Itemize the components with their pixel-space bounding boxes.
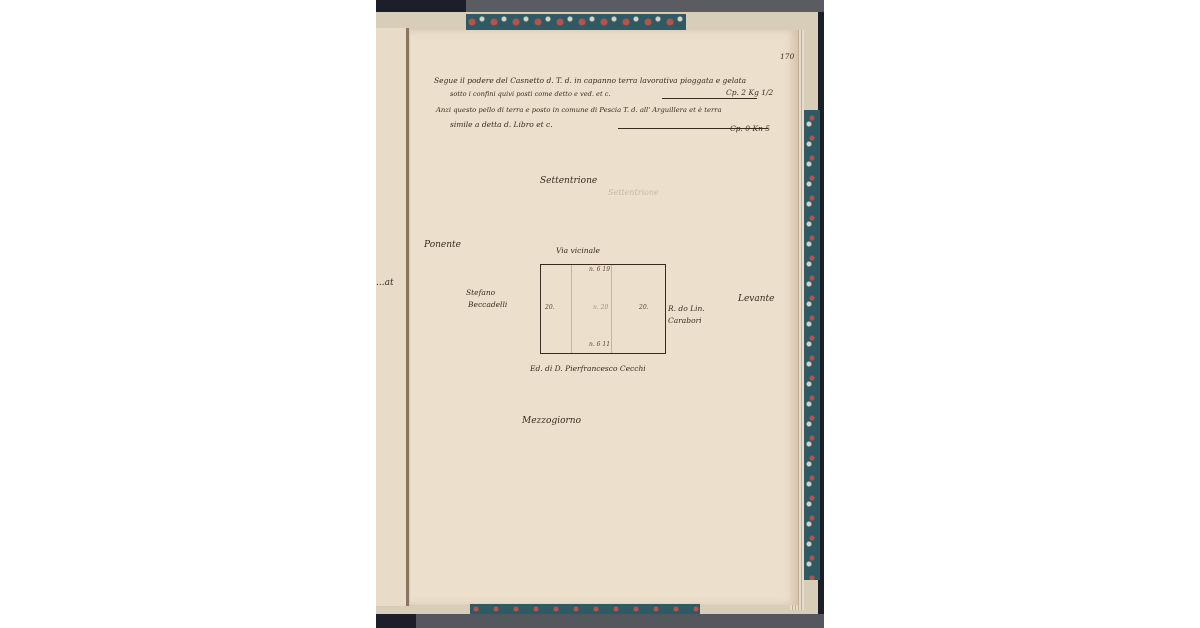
marbled-cover-bottom xyxy=(470,604,700,614)
right-owner-line-2: Carabori xyxy=(668,316,702,325)
bleed-through-text: Settentrione xyxy=(608,188,659,197)
measure-bottom: n. 6 11 xyxy=(589,341,610,348)
map-top-border-label: Via vicinale xyxy=(556,246,600,255)
map-east-label: Levante xyxy=(738,294,775,304)
entry-2-value: Cp. 0 Kn 5 xyxy=(730,124,770,133)
marbled-cover-right xyxy=(804,110,820,580)
entry-1-value: Cp. 2 Kg 1/2 xyxy=(726,88,773,97)
entry-1-rule xyxy=(662,98,757,99)
marbled-cover-top xyxy=(466,14,686,30)
map-north-label: Settentrione xyxy=(540,176,597,186)
entry-1-line-2: sotto i confini quivi posti come detto e… xyxy=(450,90,611,98)
left-page-fragment: ...at xyxy=(376,278,394,288)
measure-middle: n. 20 xyxy=(593,304,608,311)
scan-background-top xyxy=(466,0,824,12)
plot-division-line xyxy=(571,265,572,353)
left-page: ...at xyxy=(376,28,409,606)
left-owner-line-1: Stefano xyxy=(466,288,495,297)
measure-top: n. 6 19 xyxy=(589,266,610,273)
left-owner-line-2: Beccadelli xyxy=(468,300,507,309)
bottom-owner: Ed. di D. Pierfrancesco Cecchi xyxy=(530,364,646,373)
right-owner-line-1: R. do Lin. xyxy=(668,304,705,313)
scan-background-bottom xyxy=(416,614,824,628)
entry-2-line-1: Anzi questo pello di terra e posto in co… xyxy=(436,106,722,114)
plot-division-line xyxy=(611,265,612,353)
land-parcel-plot: n. 6 19 n. 6 11 20. 20. n. 20 xyxy=(540,264,666,354)
map-west-label: Ponente xyxy=(424,240,461,250)
measure-left: 20. xyxy=(545,304,555,311)
manuscript-scan: ...at 170 Segue il podere del Casnetto d… xyxy=(376,0,824,628)
entry-1-line-1: Segue il podere del Casnetto d. T. d. in… xyxy=(434,76,746,85)
measure-right: 20. xyxy=(639,304,649,311)
map-south-label: Mezzogiorno xyxy=(522,416,581,426)
entry-2-line-2: simile a detta d. Libro et c. xyxy=(450,120,553,129)
folio-number: 170 xyxy=(780,52,794,61)
right-page: 170 Segue il podere del Casnetto d. T. d… xyxy=(410,30,798,605)
